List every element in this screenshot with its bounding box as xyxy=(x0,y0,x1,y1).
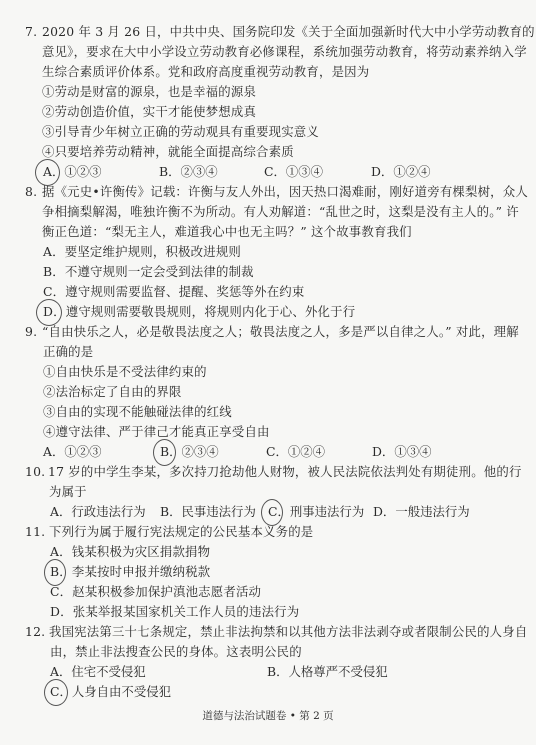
question-text: 为属于 xyxy=(49,484,87,500)
question-text: 下列行为属于履行宪法规定的公民基本义务的是 xyxy=(49,524,313,540)
option-a: A．住宅不受侵犯 xyxy=(50,664,146,680)
question-text: 由，禁止非法搜查公民的身体。这表明公民的 xyxy=(50,644,302,660)
answer-circle-mark xyxy=(44,679,68,706)
option-c: C．①③④ xyxy=(264,164,323,180)
answer-circle-mark xyxy=(153,439,176,466)
statement: ③自由的实现不能触碰法律的红线 xyxy=(43,404,232,420)
option-a: A．钱某积极为灾区捐款捐物 xyxy=(50,544,210,560)
option-b: B．不遵守规则一定会受到法律的制裁 xyxy=(43,264,254,280)
option-c: C．赵某积极参加保护滇池志愿者活动 xyxy=(50,584,261,600)
option-d: D．①②④ xyxy=(371,164,431,180)
option-d: D．一般违法行为 xyxy=(373,504,470,520)
question-text: “自由快乐之人，必是敬畏法度之人；敬畏法度之人，多是严以自律之人。” 对此，理解 xyxy=(42,324,519,340)
exam-page: 7. 2020 年 3 月 26 日，中共中央、国务院印发《关于全面加强新时代大… xyxy=(0,0,536,745)
question-number: 8. xyxy=(25,184,37,200)
question-text: 生综合素质评价体系。党和政府高度重视劳动教育，是因为 xyxy=(42,64,369,80)
answer-circle-mark xyxy=(261,499,283,526)
statement: ④遵守法律、严于律己才能真正享受自由 xyxy=(43,424,270,440)
answer-circle-mark xyxy=(36,299,62,326)
option-a: A．要坚定维护规则，积极改进规则 xyxy=(43,244,241,260)
question-text: 争相摘梨解渴，唯独许衡不为所动。有人劝解道：“乱世之时，这梨是没有主人的。” 许 xyxy=(42,204,519,220)
statement: ②劳动创造价值，实干才能使梦想成真 xyxy=(42,104,256,120)
page-footer: 道德与法治试题卷 • 第 2 页 xyxy=(0,708,536,723)
question-text: 17 岁的中学生李某，多次持刀抢劫他人财物，被人民法院依法判处有期徒刑。他的行 xyxy=(48,464,522,480)
option-a: A．行政违法行为 xyxy=(50,504,146,520)
statement: ②法治标定了自由的界限 xyxy=(43,384,182,400)
question-text: 我国宪法第三十七条规定，禁止非法拘禁和以其他方法非法剥夺或者限制公民的人身自 xyxy=(49,624,527,640)
question-number: 7. xyxy=(25,24,37,40)
option-c: C．遵守规则需要监督、提醒、奖惩等外在约束 xyxy=(43,284,305,300)
question-number: 12. xyxy=(25,624,45,640)
question-number: 10. xyxy=(25,464,45,480)
statement: ①劳动是财富的源泉，也是幸福的源泉 xyxy=(42,84,256,100)
option-b: B．人格尊严不受侵犯 xyxy=(267,664,388,680)
option-c: C．人身自由不受侵犯 xyxy=(50,684,171,700)
question-text: 2020 年 3 月 26 日，中共中央、国务院印发《关于全面加强新时代大中小学… xyxy=(42,24,535,40)
option-b: B．②③④ xyxy=(159,164,218,180)
question-number: 9. xyxy=(25,324,37,340)
question-number: 11. xyxy=(25,524,45,540)
option-c: C．①②④ xyxy=(266,444,325,460)
option-a: A．①②③ xyxy=(43,444,102,460)
option-b: B．李某按时申报并缴纳税款 xyxy=(50,564,210,580)
option-b: B．民事违法行为 xyxy=(160,504,256,520)
option-d: D．遵守规则需要敬畏规则，将规则内化于心、外化于行 xyxy=(43,304,355,320)
question-text: 衡正色道：“梨无主人，难道我心中也无主吗？” 这个故事教育我们 xyxy=(42,224,412,240)
statement: ③引导青少年树立正确的劳动观具有重要现实意义 xyxy=(42,124,319,140)
option-d: D．①③④ xyxy=(372,444,432,460)
question-text: 正确的是 xyxy=(43,344,93,360)
question-text: 意见》，要求在大中小学设立劳动教育必修课程，系统加强劳动教育，将劳动素养纳入学 xyxy=(42,44,527,60)
question-text: 据《元史•许衡传》记载：许衡与友人外出，因天热口渴难耐，刚好道旁有棵梨树，众人 xyxy=(42,184,528,200)
statement: ①自由快乐是不受法律约束的 xyxy=(43,364,207,380)
answer-circle-mark xyxy=(44,559,66,586)
answer-circle-mark xyxy=(35,159,60,186)
option-d: D．张某举报某国家机关工作人员的违法行为 xyxy=(50,604,299,620)
statement: ④只要培养劳动精神，就能全面提高综合素质 xyxy=(42,144,294,160)
